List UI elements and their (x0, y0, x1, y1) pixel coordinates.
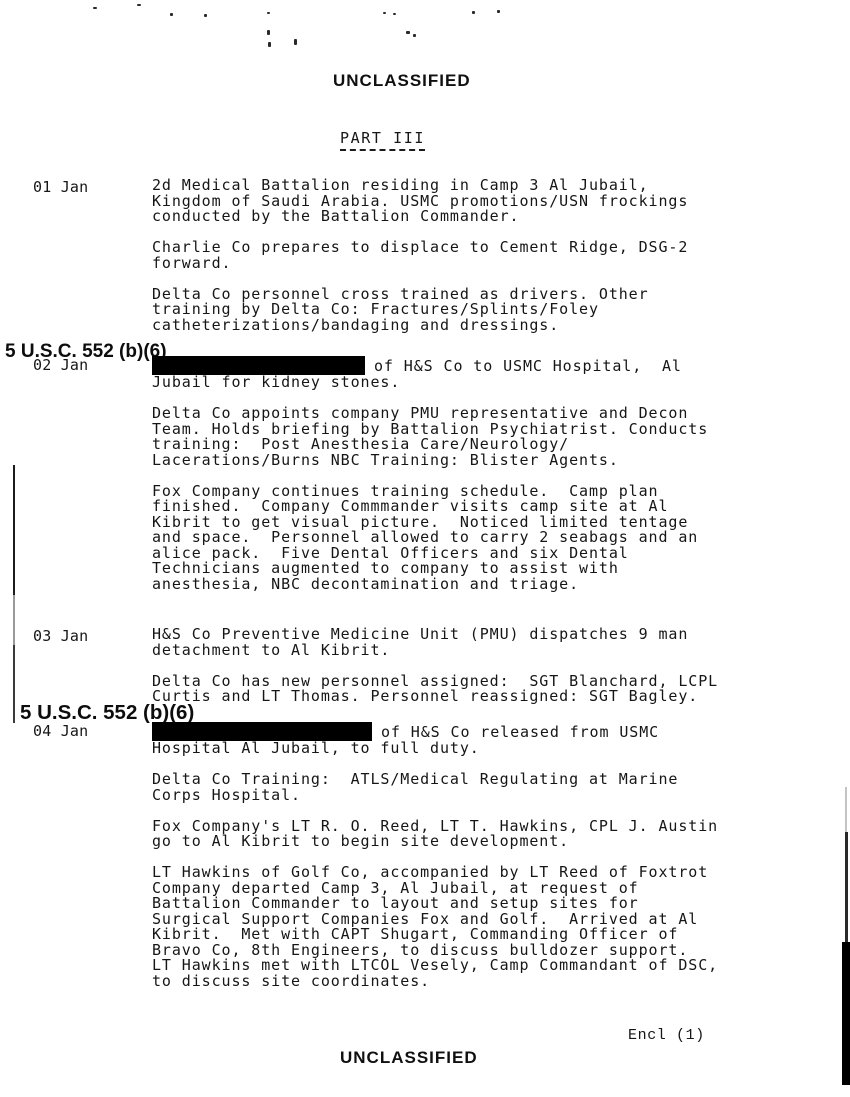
scan-artifact-left-line (13, 465, 15, 595)
entry-body: of H&S Co to USMC Hospital, Al Jubail fo… (152, 356, 772, 592)
log-entry-01-jan: 01 Jan 2d Medical Battalion residing in … (0, 178, 850, 333)
entry-paragraph: LT Hawkins of Golf Co, accompanied by LT… (152, 865, 772, 989)
scan-artifact-left-line (13, 595, 15, 645)
entry-date: 01 Jan (33, 178, 88, 196)
entry-paragraph: Delta Co personnel cross trained as driv… (152, 287, 772, 334)
entry-date: 04 Jan (33, 722, 88, 740)
scan-speckle (393, 13, 396, 15)
header-classification-marking: UNCLASSIFIED (333, 71, 471, 91)
entry-paragraph: Fox Company continues training schedule.… (152, 484, 772, 593)
scan-speckle (383, 12, 386, 14)
scan-speckle (268, 42, 271, 47)
scan-speckle (413, 34, 416, 37)
log-entry-02-jan: 02 Jan of H&S Co to USMC Hospital, Al Ju… (0, 356, 850, 592)
scan-speckle (406, 31, 410, 34)
scan-speckle (472, 11, 475, 14)
log-entry-03-jan: 03 Jan H&S Co Preventive Medicine Unit (… (0, 627, 850, 705)
scan-speckle (267, 30, 270, 35)
entry-paragraph-redacted: of H&S Co released from USMC Hospital Al… (152, 722, 772, 757)
scan-speckle (294, 39, 297, 45)
entry-paragraph: 2d Medical Battalion residing in Camp 3 … (152, 178, 772, 225)
entry-paragraph: Delta Co has new personnel assigned: SGT… (152, 674, 772, 705)
part-title: PART III (340, 129, 425, 151)
scan-artifact-right-edge (842, 942, 850, 1085)
document-page: UNCLASSIFIED PART III 01 Jan 2d Medical … (0, 0, 850, 1097)
log-entry-04-jan: 04 Jan of H&S Co released from USMC Hosp… (0, 722, 850, 989)
scan-speckle (137, 4, 141, 6)
entry-date: 02 Jan (33, 356, 88, 374)
scan-speckle (497, 10, 500, 13)
entry-paragraph: Delta Co appoints company PMU representa… (152, 406, 772, 468)
footer-classification-marking: UNCLASSIFIED (340, 1048, 478, 1068)
entry-paragraph-redacted: of H&S Co to USMC Hospital, Al Jubail fo… (152, 356, 772, 391)
entry-paragraph: Charlie Co prepares to displace to Cemen… (152, 240, 772, 271)
scan-speckle (204, 14, 207, 17)
scan-speckle (93, 7, 97, 9)
scan-artifact-right-edge (845, 832, 848, 942)
scan-artifact-left-line (13, 645, 15, 723)
entry-paragraph: Fox Company's LT R. O. Reed, LT T. Hawki… (152, 819, 772, 850)
entry-body: of H&S Co released from USMC Hospital Al… (152, 722, 772, 989)
enclosure-label: Encl (1) (628, 1027, 705, 1044)
entry-paragraph: H&S Co Preventive Medicine Unit (PMU) di… (152, 627, 772, 658)
entry-body: 2d Medical Battalion residing in Camp 3 … (152, 178, 772, 333)
entry-paragraph: Delta Co Training: ATLS/Medical Regulati… (152, 772, 772, 803)
entry-date: 03 Jan (33, 627, 88, 645)
scan-speckle (170, 13, 173, 16)
scan-artifact-right-edge (845, 787, 847, 832)
scan-speckle (267, 12, 270, 14)
entry-body: H&S Co Preventive Medicine Unit (PMU) di… (152, 627, 772, 705)
